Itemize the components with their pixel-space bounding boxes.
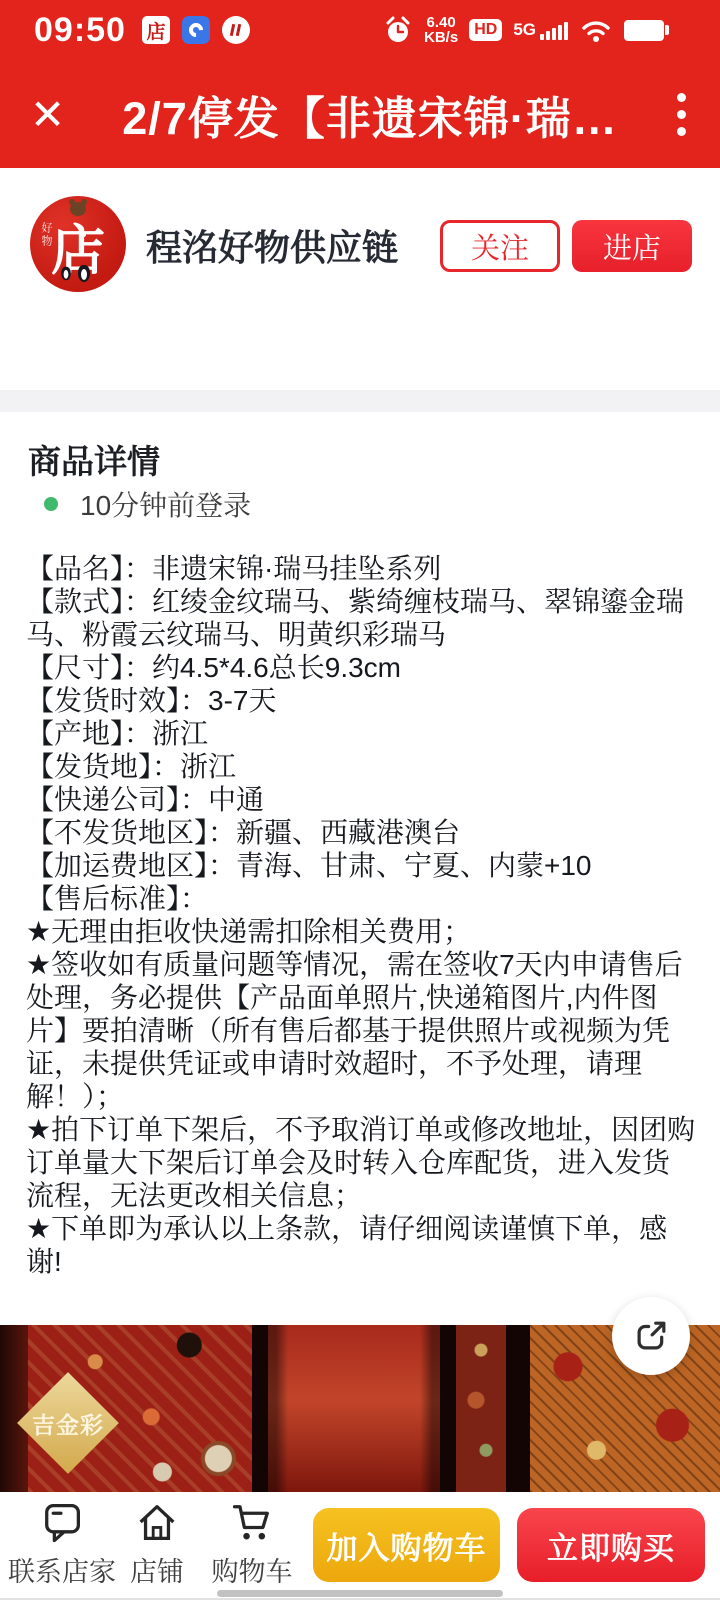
home-icon xyxy=(133,1498,181,1546)
penguin-decoration xyxy=(78,265,90,282)
page-title: 2/7停发【非遗宋锦·瑞… xyxy=(100,82,640,147)
detail-line: ★下单即为承认以上条款，请仔细阅读谨慎下单，感谢! xyxy=(26,1212,696,1278)
signal-5g: 5G xyxy=(513,20,568,40)
app-screen: 09:50 店 6.40 KB/s HD 5G xyxy=(0,0,720,1600)
store-card: 好物 店 程洺好物供应链 关注 进店 10分钟前登录 xyxy=(0,168,720,390)
detail-line: 【快递公司】：中通 xyxy=(26,783,696,816)
detail-line: ★签收如有质量问题等情况，需在签收7天内申请售后处理，务必提供【产品面单照片,快… xyxy=(26,948,696,1113)
login-status-text: 10分钟前登录 xyxy=(80,484,251,524)
online-dot-icon xyxy=(44,497,58,511)
battery-icon xyxy=(624,20,664,41)
cart-tab[interactable]: 购物车 xyxy=(197,1498,307,1589)
bottom-action-bar: 联系店家 店铺 购物车 加入购物车 立即购买 xyxy=(0,1492,720,1600)
badge-text: 吉金彩 xyxy=(32,1407,104,1440)
image-panel-gap xyxy=(506,1325,530,1492)
share-icon xyxy=(632,1317,670,1355)
network-speed: 6.40 KB/s xyxy=(424,15,458,45)
notification-icons: 店 xyxy=(142,16,250,44)
detail-line: 【尺寸】：约4.5*4.6总长9.3cm xyxy=(26,651,696,684)
close-icon[interactable]: ✕ xyxy=(30,90,100,139)
image-panel-plain-red xyxy=(268,1325,440,1492)
detail-line: ★拍下订单下架后，不予取消订单或修改地址，因团购订单量大下架后订单会及时转入仓库… xyxy=(26,1113,696,1212)
shop-tab[interactable]: 店铺 xyxy=(102,1498,212,1589)
blue-app-icon xyxy=(182,16,210,44)
tab-label: 店铺 xyxy=(130,1550,184,1589)
nav-bar: ✕ 2/7停发【非遗宋锦·瑞… xyxy=(0,60,720,168)
detail-line: 【不发货地区】：新疆、西藏港澳台 xyxy=(26,816,696,849)
shop-app-icon: 店 xyxy=(142,16,170,44)
chat-icon xyxy=(38,1498,86,1546)
detail-line: 【产地】：浙江 xyxy=(26,717,696,750)
more-menu-icon[interactable] xyxy=(640,93,690,136)
detail-line: 【加运费地区】：青海、甘肃、宁夏、内蒙+10 xyxy=(26,849,696,882)
clock-time: 09:50 xyxy=(34,11,126,50)
share-button[interactable] xyxy=(612,1297,690,1375)
contact-seller-tab[interactable]: 联系店家 xyxy=(7,1498,117,1589)
scrollbar-handle[interactable] xyxy=(217,1590,503,1597)
image-panel-strip xyxy=(456,1325,506,1492)
store-name: 程洺好物供应链 xyxy=(146,220,398,271)
add-to-cart-button[interactable]: 加入购物车 xyxy=(313,1508,500,1582)
signal-bars-icon xyxy=(540,22,568,40)
detail-line: 【品名】：非遗宋锦·瑞马挂坠系列 xyxy=(26,552,696,585)
section-divider xyxy=(0,390,720,412)
bear-decoration xyxy=(70,202,86,216)
avatar-side-text: 好物 xyxy=(38,222,54,248)
cart-icon xyxy=(228,1498,276,1546)
buy-now-button[interactable]: 立即购买 xyxy=(517,1508,705,1582)
detail-line: ★无理由拒收快递需扣除相关费用； xyxy=(26,915,696,948)
enter-store-button[interactable]: 进店 xyxy=(572,220,692,272)
status-bar: 09:50 店 6.40 KB/s HD 5G xyxy=(0,0,720,60)
tab-label: 购物车 xyxy=(212,1550,293,1589)
store-avatar[interactable]: 好物 店 xyxy=(30,196,126,292)
detail-line: 【售后标准】： xyxy=(26,882,696,915)
login-status-row: 10分钟前登录 xyxy=(44,484,251,524)
circle-app-icon xyxy=(222,16,250,44)
hd-badge: HD xyxy=(469,19,502,41)
product-description: 【品名】：非遗宋锦·瑞马挂坠系列 【款式】：红绫金纹瑞马、紫绮缠枝瑞马、翠锦鎏金… xyxy=(26,552,696,1278)
penguin-decoration xyxy=(61,267,71,281)
image-panel-gap xyxy=(440,1325,456,1492)
image-panel-gap xyxy=(252,1325,268,1492)
alarm-icon xyxy=(383,15,413,45)
details-section-title: 商品详情 xyxy=(28,436,160,483)
detail-line: 【款式】：红绫金纹瑞马、紫绮缠枝瑞马、翠锦鎏金瑞马、粉霞云纹瑞马、明黄织彩瑞马 xyxy=(26,585,696,651)
detail-line: 【发货时效】：3-7天 xyxy=(26,684,696,717)
wifi-icon xyxy=(579,16,613,44)
tab-label: 联系店家 xyxy=(8,1550,116,1589)
detail-line: 【发货地】：浙江 xyxy=(26,750,696,783)
gold-diamond-badge: 吉金彩 xyxy=(20,1375,116,1471)
follow-button[interactable]: 关注 xyxy=(440,220,560,272)
status-icons: 6.40 KB/s HD 5G xyxy=(383,15,664,45)
